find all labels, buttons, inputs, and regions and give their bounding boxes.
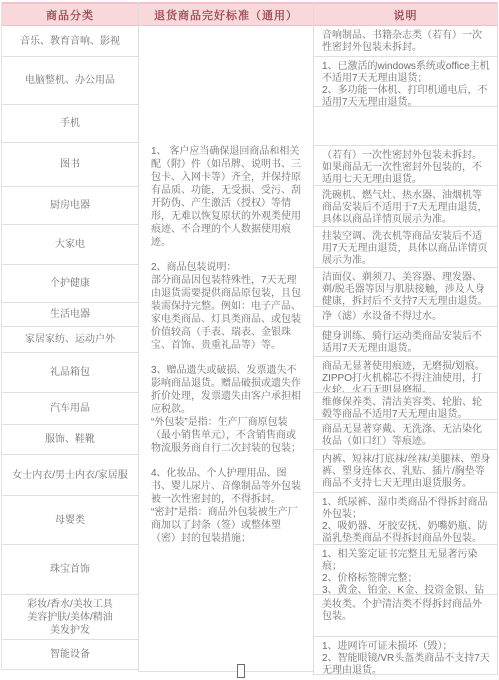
standard-paragraph: 1、 客户应当确保退回商品和相关配（附）件（如吊牌、说明书、三包卡、入网卡等）齐…: [151, 145, 304, 249]
note-cell: 内裤、短袜/打底袜/丝袜/美腿袜、塑身裤、塑身连体衣、乳贴、插片/胸垫等商品不支…: [314, 450, 497, 493]
return-policy-page: 商品分类 音乐、教育音响、影视电脑整机、办公用品手机图书厨房电器大家电个护健康生…: [0, 0, 499, 680]
note-cell: 洁面仪、剃须刀、美容器、理发器、剃/脱毛器等因与肌肤接触，涉及人身健康，拆封后不…: [314, 268, 497, 307]
category-cell: 音乐、教育音响、影视: [2, 26, 138, 57]
note-cell: 挂装空调、洗衣机等商品安装后不适用7天无理由退货，具体以商品详情页展示为准。: [314, 227, 497, 268]
category-cell: 图书: [2, 143, 138, 187]
note-cell: 美妆类、个护清洁类不得拆封商品外包装。: [314, 595, 497, 637]
missing-character-glyph: [237, 664, 245, 678]
category-column-header: 商品分类: [2, 2, 138, 26]
standard-cell: 1、 客户应当确保退回商品和相关配（附）件（如吊牌、说明书、三包卡、入网卡等）齐…: [139, 26, 313, 672]
standard-column-header: 退货商品完好标准（通用）: [139, 2, 313, 26]
standard-paragraph: 2、商品包装说明： 部分商品因包装特殊性，7天无理由退货需要提供商品原包装，且包…: [151, 261, 304, 352]
category-cell: 大家电: [2, 225, 138, 265]
category-cell: 厨房电器: [2, 187, 138, 225]
category-cell: 珠宝首饰: [2, 545, 138, 595]
category-cell: 智能设备: [2, 640, 138, 670]
category-cell: 电脑整机、办公用品: [2, 57, 138, 105]
notes-column-header: 说明: [314, 2, 497, 26]
category-cell: 手机: [2, 105, 138, 143]
category-cell: 生活电器: [2, 303, 138, 327]
category-cell: 汽车用品: [2, 393, 138, 425]
note-cell: 1、已激活的windows系统或office主机不适用7天无理由退货； 2、多功…: [314, 57, 497, 107]
standard-paragraph: 4、化妆品、个人护理用品、图书、婴儿尿片、音像制品等外包装被一次性密封的，不得拆…: [151, 467, 304, 545]
notes-column-body: 音响制品、书籍杂志类（若有）一次性密封外包装未拆封。1、已激活的windows系…: [314, 26, 497, 675]
category-cell: 个护健康: [2, 265, 138, 303]
category-cell: 家居家纺、运动户外: [2, 327, 138, 353]
notes-column: 说明 音响制品、书籍杂志类（若有）一次性密封外包装未拆封。1、已激活的windo…: [313, 2, 498, 675]
category-cell: 礼品箱包: [2, 353, 138, 393]
category-cell: 母婴类: [2, 496, 138, 545]
category-column-body: 音乐、教育音响、影视电脑整机、办公用品手机图书厨房电器大家电个护健康生活电器家居…: [2, 26, 138, 670]
note-cell: 净（滤）水设备不得过水。: [314, 307, 497, 327]
note-cell: 1、纸尿裤、湿巾类商品不得拆封商品外包装； 2、吸奶器、牙胶安抚、奶嘴奶瓶、防溢…: [314, 493, 497, 545]
note-cell: （若有）一次性密封外包装未拆封。如果商品无一次性密封外包装的，不适用七天无理由退…: [314, 146, 497, 186]
category-cell: 服饰、鞋靴: [2, 425, 138, 455]
note-cell: 维修保养类、清洁美容类、轮胎、轮毂等商品不适用7天无理由退货。: [314, 393, 497, 420]
note-cell: 商品无显著使用痕迹，无磨损/划痕。ZIPPO打火机棉芯不得注油使用，打火轮、火石…: [314, 357, 497, 393]
note-cell: 1、相关鉴定证书完整且无显著污染痕； 2、价格标签牌完整； 3、黄金、铂金、K金…: [314, 545, 497, 595]
note-cell: 洗碗机、燃气灶、热水器、油烟机等商品安装后不适用于7天无理由退货，具体以商品详情…: [314, 186, 497, 227]
return-policy-table: 商品分类 音乐、教育音响、影视电脑整机、办公用品手机图书厨房电器大家电个护健康生…: [1, 2, 498, 675]
note-cell: 音响制品、书籍杂志类（若有）一次性密封外包装未拆封。: [314, 26, 497, 57]
category-cell: 女士内衣/男士内衣/家居服: [2, 455, 138, 496]
category-column: 商品分类 音乐、教育音响、影视电脑整机、办公用品手机图书厨房电器大家电个护健康生…: [1, 2, 138, 670]
category-cell: 彩妆/香水/美妆工具 美容护肤/美体/精油 美发护发: [2, 595, 138, 640]
note-cell: 健身训练、骑行运动类商品安装后不适用7天无理由退货。: [314, 327, 497, 357]
standard-column: 退货商品完好标准（通用） 1、 客户应当确保退回商品和相关配（附）件（如吊牌、说…: [138, 2, 313, 672]
standard-paragraph: 3、赠品遗失或破损、发票遗失不影响商品退货。赠品破损或遗失作折价处理，发票遗失由…: [151, 364, 304, 455]
note-cell: 商品无显著穿戴、无洗涤、无沾染化妆品（如口红）等痕迹。: [314, 420, 497, 450]
note-cell: [314, 107, 497, 146]
note-cell: 1、进网许可证未损坏（毁）； 2、智能眼镜/VR头盔类商品不支持7天无理由退货。: [314, 637, 497, 675]
